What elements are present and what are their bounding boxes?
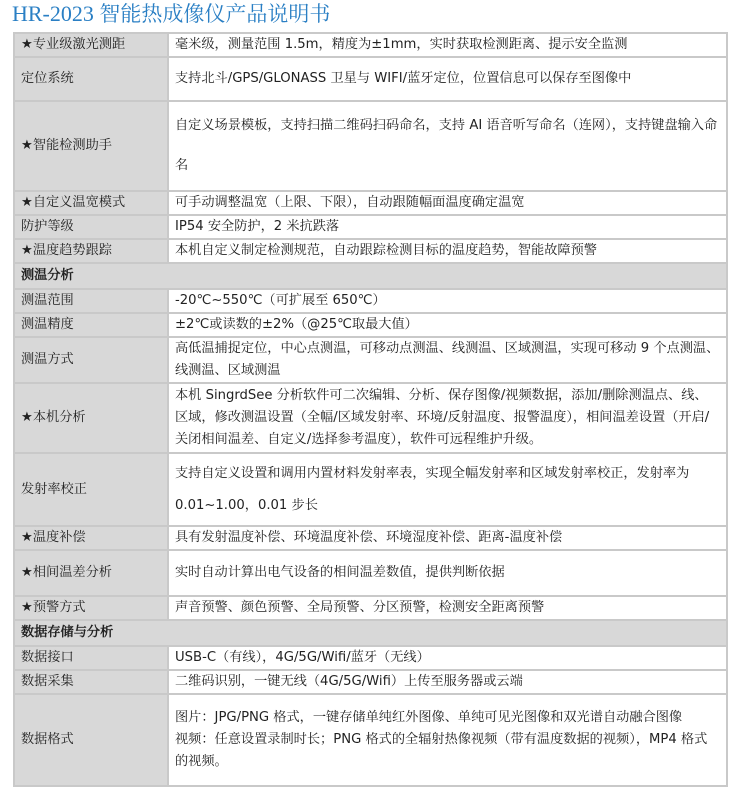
row-label: 数据格式 [14, 694, 168, 776]
row-label: 测温精度 [14, 313, 168, 337]
table-row: 发射率校正支持自定义设置和调用内置材料发射率表，实现全幅发射率和区域发射率校正，… [14, 453, 727, 526]
row-value: 高低温捕捉定位，中心点测温，可移动点测温、线测温、区域测温，实现可移动 9 个点… [168, 337, 727, 383]
row-value: 毫米级，测量范围 1.5m，精度为±1mm，实时获取检测距离、提示安全监测 [168, 33, 727, 57]
table-row: 防护等级IP54 安全防护，2 米抗跌落 [14, 215, 727, 239]
row-value: 实时自动计算出电气设备的相间温差数值，提供判断依据 [168, 550, 727, 596]
row-label: 数据接口 [14, 646, 168, 670]
row-value: 二维码识别，一键无线（4G/5G/Wifi）上传至服务器或云端 [168, 670, 727, 694]
row-value: 图片：JPG/PNG 格式，一键存储单纯红外图像、单纯可见光图像和双光谱自动融合… [168, 694, 727, 776]
table-row: 数据格式 图片：JPG/PNG 格式，一键存储单纯红外图像、单纯可见光图像和双光… [14, 694, 727, 776]
table-row: ★相间温差分析实时自动计算出电气设备的相间温差数值，提供判断依据 [14, 550, 727, 596]
row-value: 具有发射温度补偿、环境温度补偿、环境湿度补偿、距离-温度补偿 [168, 526, 727, 550]
table-row: 测温方式高低温捕捉定位，中心点测温，可移动点测温、线测温、区域测温，实现可移动 … [14, 337, 727, 383]
section-title: 测温分析 [14, 263, 727, 289]
row-label: 测温范围 [14, 289, 168, 313]
title-text: 智能热成像仪产品说明书 [99, 2, 330, 26]
row-value: 本机自定义制定检测规范，自动跟踪检测目标的温度趋势，智能故障预警 [168, 239, 727, 263]
table-row: 数据采集二维码识别，一键无线（4G/5G/Wifi）上传至服务器或云端 [14, 670, 727, 694]
row-label: ★自定义温宽模式 [14, 191, 168, 215]
row-label: ★相间温差分析 [14, 550, 168, 596]
row-label: ★预警方式 [14, 596, 168, 620]
row-label: 定位系统 [14, 57, 168, 101]
title-model: HR-2023 [12, 1, 94, 26]
table-row: ★温度补偿具有发射温度补偿、环境温度补偿、环境湿度补偿、距离-温度补偿 [14, 526, 727, 550]
document-title: HR-2023 智能热成像仪产品说明书 [12, 0, 330, 30]
row-label: 发射率校正 [14, 453, 168, 526]
row-value: ±2℃或读数的±2%（@25℃取最大值） [168, 313, 727, 337]
format-image-text: 图片：JPG/PNG 格式，一键存储单纯红外图像、单纯可见光图像和双光谱自动融合… [175, 707, 720, 729]
table-row: ★温度趋势跟踪本机自定义制定检测规范，自动跟踪检测目标的温度趋势，智能故障预警 [14, 239, 727, 263]
table-row: ★专业级激光测距毫米级，测量范围 1.5m，精度为±1mm，实时获取检测距离、提… [14, 33, 727, 57]
row-label: 防护等级 [14, 215, 168, 239]
table-row: ★自定义温宽模式可手动调整温宽（上限、下限），自动跟随幅面温度确定温宽 [14, 191, 727, 215]
section-header-measure: 测温分析 [14, 263, 727, 289]
row-value: -20℃~550℃（可扩展至 650℃） [168, 289, 727, 313]
row-label: ★专业级激光测距 [14, 33, 168, 57]
table-row: 定位系统支持北斗/GPS/GLONASS 卫星与 WIFI/蓝牙定位，位置信息可… [14, 57, 727, 101]
row-label: ★温度趋势跟踪 [14, 239, 168, 263]
table-row: ★本机分析本机 SingrdSee 分析软件可二次编辑、分析、保存图像/视频数据… [14, 383, 727, 453]
row-value: USB-C（有线），4G/5G/Wifi/蓝牙（无线） [168, 646, 727, 670]
table-row: ★智能检测助手自定义场景模板，支持扫描二维码扫码命名，支持 AI 语音听写命名（… [14, 101, 727, 191]
row-label: ★智能检测助手 [14, 101, 168, 191]
row-label: 测温方式 [14, 337, 168, 383]
table-row: 数据接口USB-C（有线），4G/5G/Wifi/蓝牙（无线） [14, 646, 727, 670]
section-header-data: 数据存储与分析 [14, 620, 727, 646]
table-row: ★预警方式声音预警、颜色预警、全局预警、分区预警，检测安全距离预警 [14, 596, 727, 620]
row-label: ★本机分析 [14, 383, 168, 453]
table-row: 测温范围-20℃~550℃（可扩展至 650℃） [14, 289, 727, 313]
spec-table: ★专业级激光测距毫米级，测量范围 1.5m，精度为±1mm，实时获取检测距离、提… [13, 32, 728, 776]
format-video-text: 视频：任意设置录制时长；PNG 格式的全辐射热像视频（带有温度数据的视频），MP… [175, 729, 720, 773]
row-value: 支持北斗/GPS/GLONASS 卫星与 WIFI/蓝牙定位，位置信息可以保存至… [168, 57, 727, 101]
table-row: 测温精度±2℃或读数的±2%（@25℃取最大值） [14, 313, 727, 337]
row-label: ★温度补偿 [14, 526, 168, 550]
row-value: 声音预警、颜色预警、全局预警、分区预警，检测安全距离预警 [168, 596, 727, 620]
row-value: IP54 安全防护，2 米抗跌落 [168, 215, 727, 239]
row-value: 可手动调整温宽（上限、下限），自动跟随幅面温度确定温宽 [168, 191, 727, 215]
row-value: 支持自定义设置和调用内置材料发射率表，实现全幅发射率和区域发射率校正，发射率为 … [168, 453, 727, 526]
section-title: 数据存储与分析 [14, 620, 727, 646]
row-value: 本机 SingrdSee 分析软件可二次编辑、分析、保存图像/视频数据，添加/删… [168, 383, 727, 453]
row-value: 自定义场景模板，支持扫描二维码扫码命名，支持 AI 语音听写命名（连网），支持键… [168, 101, 727, 191]
row-label: 数据采集 [14, 670, 168, 694]
